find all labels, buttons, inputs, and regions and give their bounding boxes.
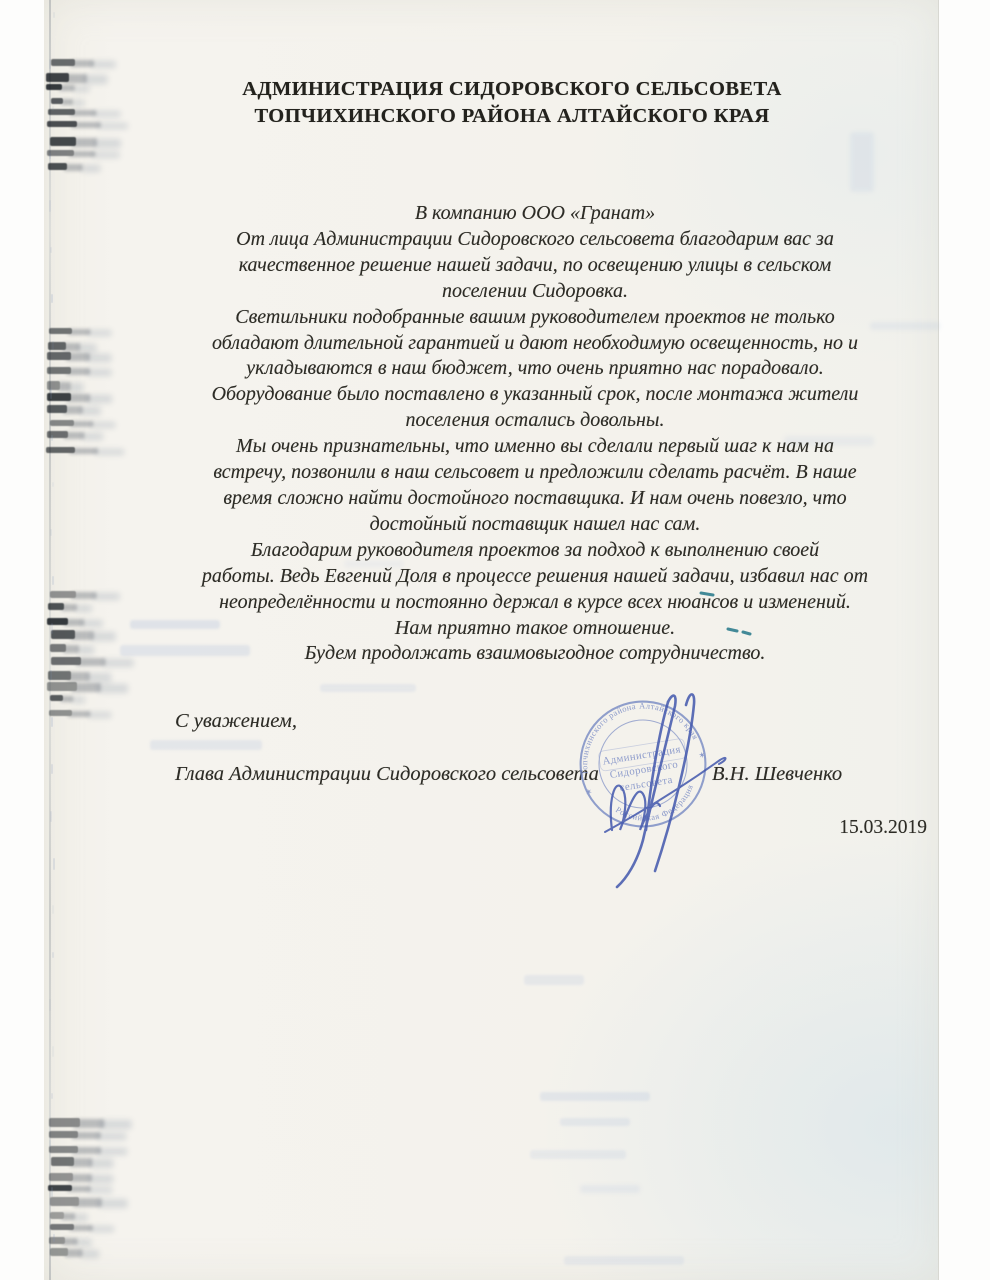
edge-smudge-mark <box>49 1146 78 1153</box>
stamp-star-left: ✶ <box>584 786 594 798</box>
edge-smudge-mark <box>51 657 82 665</box>
edge-smudge-mark <box>46 84 62 91</box>
edge-smudge-mark <box>51 630 75 639</box>
body-line: поселении Сидоровка. <box>185 279 885 305</box>
body-line: укладываются в наш бюджет, что очень при… <box>185 356 885 382</box>
edge-smudge-mark <box>49 1118 79 1127</box>
letterhead-line-2: ТОПЧИХИНСКОГО РАЙОНА АЛТАЙСКОГО КРАЯ <box>150 103 874 130</box>
scanned-letter-page: АДМИНИСТРАЦИЯ СИДОРОВСКОГО СЕЛЬСОВЕТА ТО… <box>44 0 939 1280</box>
body-line: Будем продолжать взаимовыгодное сотрудни… <box>185 641 885 667</box>
edge-smudge-mark <box>49 1131 77 1138</box>
ink-bleed-through-mark <box>850 132 874 192</box>
edge-smudge-mark <box>49 1173 73 1181</box>
edge-smudge-mark <box>49 328 72 335</box>
edge-smudge-mark <box>50 1248 68 1256</box>
body-line: поселения остались довольны. <box>185 408 885 434</box>
body-line: От лица Администрации Сидоровского сельс… <box>185 227 885 253</box>
ink-bleed-through-mark <box>320 684 416 692</box>
body-line: неопределённости и постоянно держал в ку… <box>185 590 885 616</box>
crease-ink-tick <box>51 623 53 634</box>
edge-smudge-mark <box>50 1197 79 1205</box>
edge-smudge-mark <box>49 710 72 717</box>
crease-ink-tick <box>53 12 55 18</box>
stamp-ring-top-text: Топчихинского района Алтайского края <box>563 684 701 778</box>
body-line: Мы очень признательны, что именно вы сде… <box>185 434 885 460</box>
ink-bleed-through-mark <box>540 1092 650 1101</box>
crease-ink-tick <box>52 341 54 350</box>
edge-smudge-mark <box>50 695 63 701</box>
crease-ink-tick <box>52 106 54 111</box>
ink-bleed-through-mark <box>530 1150 626 1159</box>
crease-ink-tick <box>49 1140 51 1147</box>
body-line: встречу, позвонили в наш сельсовет и пре… <box>185 460 885 486</box>
ink-bleed-through-mark <box>564 1256 684 1265</box>
crease-ink-tick <box>52 482 54 487</box>
body-line: В компанию ООО «Гранат» <box>185 201 885 227</box>
crease-ink-tick <box>49 200 51 212</box>
edge-smudge-mark <box>50 591 76 598</box>
crease-ink-tick <box>50 529 52 536</box>
edge-smudge-mark <box>47 367 71 375</box>
body-line: Светильники подобранные вашим руководите… <box>185 305 885 331</box>
edge-smudge-mark <box>47 405 67 413</box>
crease-ink-tick <box>51 435 53 441</box>
edge-smudge-mark <box>47 381 61 389</box>
edge-smudge-mark <box>48 163 68 170</box>
body-line: Нам приятно такое отношение. <box>185 616 885 642</box>
crease-ink-tick <box>52 576 54 585</box>
edge-smudge-mark <box>46 447 75 454</box>
crease-ink-tick <box>51 294 53 303</box>
letter-body: В компанию ООО «Гранат»От лица Администр… <box>185 201 885 667</box>
closing-regards: С уважением, <box>175 710 297 733</box>
edge-smudge-mark <box>50 644 67 651</box>
body-line: работы. Ведь Евгений Доля в процессе реш… <box>185 564 885 590</box>
ink-bleed-through-mark <box>150 740 262 750</box>
official-round-stamp: Топчихинского района Алтайского края Рос… <box>563 684 723 844</box>
edge-smudge-mark <box>50 1212 64 1219</box>
edge-smudge-mark <box>50 420 74 426</box>
crease-ink-tick <box>50 247 52 253</box>
crease-ink-tick <box>51 1093 53 1099</box>
edge-smudge-mark <box>48 603 64 610</box>
edge-smudge-mark <box>47 352 71 359</box>
edge-smudge-mark <box>46 73 69 82</box>
crease-ink-tick <box>51 1187 53 1197</box>
edge-smudge-mark <box>50 137 76 145</box>
letterhead-line-1: АДМИНИСТРАЦИЯ СИДОРОВСКОГО СЕЛЬСОВЕТА <box>150 76 874 103</box>
signer-name: В.Н. Шевченко <box>712 763 842 786</box>
crease-ink-tick <box>50 811 52 822</box>
body-line: время сложно найти достойного поставщика… <box>185 486 885 512</box>
body-line: Благодарим руководителя проектов за подх… <box>185 538 885 564</box>
crease-ink-tick <box>52 905 54 914</box>
ink-bleed-through-mark <box>524 975 584 985</box>
edge-smudge-mark <box>51 1157 74 1166</box>
body-line: Оборудование было поставлено в указанный… <box>185 382 885 408</box>
left-fold-crease <box>49 0 51 1280</box>
crease-ink-tick <box>53 858 55 870</box>
edge-smudge-mark <box>51 59 75 66</box>
signer-title: Глава Администрации Сидоровского сельсов… <box>175 763 599 786</box>
crease-ink-tick <box>52 952 54 958</box>
edge-smudge-mark <box>47 682 77 691</box>
crease-ink-tick <box>52 1046 54 1057</box>
ink-bleed-through-mark <box>580 1185 640 1193</box>
edge-smudge-mark <box>50 1224 74 1230</box>
body-line: качественное решение нашей задачи, по ос… <box>185 253 885 279</box>
crease-ink-tick <box>49 999 51 1011</box>
body-line: обладают длительной гарантией и дают нео… <box>185 331 885 357</box>
ink-bleed-through-mark <box>560 1118 630 1126</box>
edge-smudge-mark <box>51 98 64 104</box>
crease-ink-tick <box>51 764 53 774</box>
edge-smudge-mark <box>47 121 77 127</box>
crease-ink-tick <box>50 670 52 680</box>
crease-ink-tick <box>51 717 53 727</box>
crease-ink-tick <box>50 388 52 399</box>
letter-date: 15.03.2019 <box>757 817 927 839</box>
body-line: достойный поставщик нашел нас сам. <box>185 512 885 538</box>
crease-ink-tick <box>53 1234 55 1242</box>
letterhead: АДМИНИСТРАЦИЯ СИДОРОВСКОГО СЕЛЬСОВЕТА ТО… <box>150 76 874 130</box>
edge-smudge-mark <box>48 342 66 351</box>
edge-smudge-mark <box>49 1237 65 1244</box>
crease-ink-tick <box>49 153 51 159</box>
